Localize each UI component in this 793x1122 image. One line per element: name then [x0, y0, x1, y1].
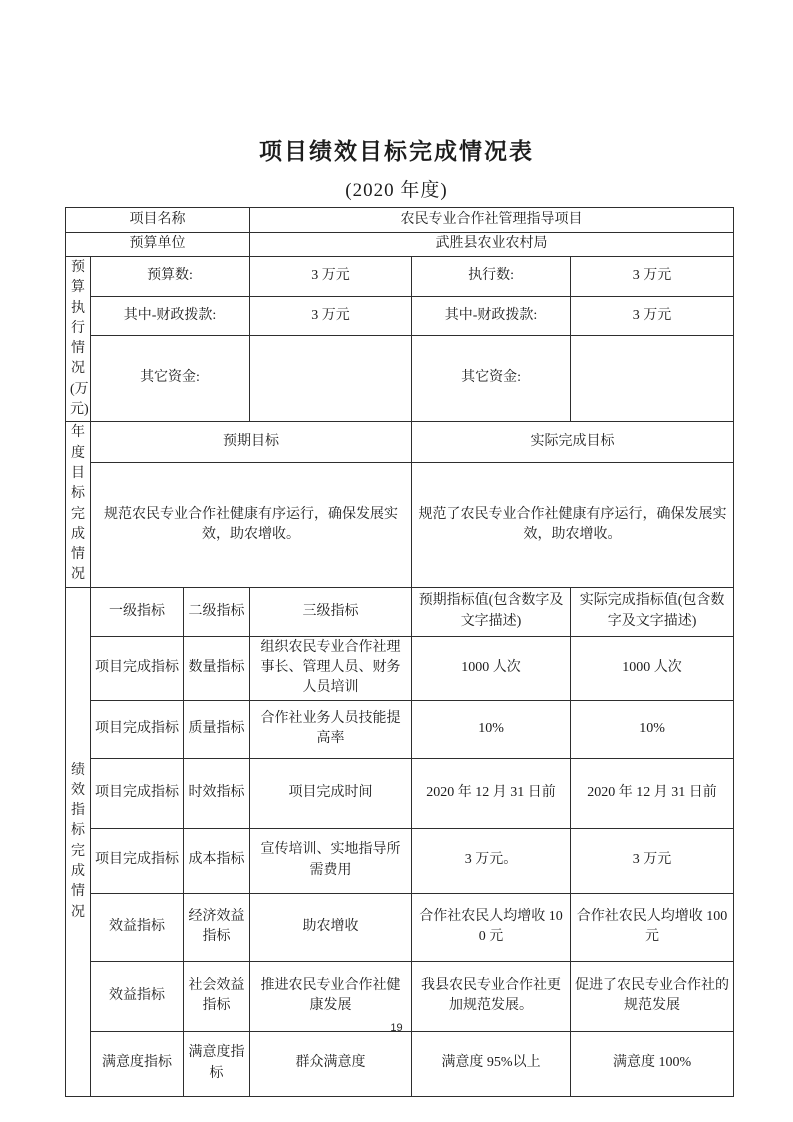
- indicator-level3: 宣传培训、实地指导所需费用: [250, 828, 412, 893]
- indicator-expected-value: 3 万元。: [412, 828, 571, 893]
- fiscal-appropriation-label-left: 其中-财政拨款:: [91, 297, 250, 336]
- fiscal-appropriation-value-right: 3 万元: [571, 297, 734, 336]
- table-row-budget-unit: 预算单位 武胜县农业农村局: [66, 233, 734, 257]
- indicator-level1: 效益指标: [91, 893, 184, 961]
- project-name-label: 项目名称: [66, 208, 250, 233]
- budget-amount-label: 预算数:: [91, 257, 250, 297]
- table-row-goal-texts: 规范农民专业合作社健康有序运行，确保发展实效，助农增收。 规范了农民专业合作社健…: [66, 463, 734, 587]
- indicator-expected-value: 2020 年 12 月 31 日前: [412, 758, 571, 828]
- indicator-level3: 项目完成时间: [250, 758, 412, 828]
- other-funds-value-left: [250, 335, 412, 422]
- table-row-indicator-social: 效益指标 社会效益指标 推进农民专业合作社健康发展 我县农民专业合作社更加规范发…: [66, 961, 734, 1031]
- actual-goal-text: 规范了农民专业合作社健康有序运行，确保发展实效，助农增收。: [412, 463, 734, 587]
- table-row-indicator-quality: 项目完成指标 质量指标 合作社业务人员技能提高率 10% 10%: [66, 700, 734, 758]
- indicator-actual-value: 促进了农民专业合作社的规范发展: [571, 961, 734, 1031]
- table-row-indicator-economic: 效益指标 经济效益指标 助农增收 合作社农民人均增收 100 元 合作社农民人均…: [66, 893, 734, 961]
- budget-unit-label: 预算单位: [66, 233, 250, 257]
- indicator-level1: 项目完成指标: [91, 758, 184, 828]
- indicator-level1: 项目完成指标: [91, 828, 184, 893]
- indicator-level2: 质量指标: [184, 700, 250, 758]
- budget-unit-value: 武胜县农业农村局: [250, 233, 734, 257]
- table-row-indicator-satisfaction: 满意度指标 满意度指标 群众满意度 满意度 95%以上 满意度 100%: [66, 1031, 734, 1096]
- annual-goal-sidebar: 年度 目标 完成 情况: [66, 422, 91, 587]
- table-row-goal-headers: 年度 目标 完成 情况 预期目标 实际完成目标: [66, 422, 734, 463]
- execution-amount-value: 3 万元: [571, 257, 734, 297]
- indicator-expected-value: 10%: [412, 700, 571, 758]
- performance-report-table: 项目名称 农民专业合作社管理指导项目 预算单位 武胜县农业农村局 预算 执行 情…: [65, 207, 734, 1097]
- indicator-actual-value: 10%: [571, 700, 734, 758]
- execution-amount-label: 执行数:: [412, 257, 571, 297]
- budget-execution-sidebar: 预算 执行 情况 (万 元): [66, 257, 91, 422]
- indicator-actual-value: 3 万元: [571, 828, 734, 893]
- indicator-actual-value: 满意度 100%: [571, 1031, 734, 1096]
- budget-amount-value: 3 万元: [250, 257, 412, 297]
- table-row-indicator-quantity: 项目完成指标 数量指标 组织农民专业合作社理事长、管理人员、财务人员培训 100…: [66, 636, 734, 700]
- indicator-level3: 群众满意度: [250, 1031, 412, 1096]
- indicator-level2: 数量指标: [184, 636, 250, 700]
- indicator-level2: 社会效益指标: [184, 961, 250, 1031]
- indicator-level1: 效益指标: [91, 961, 184, 1031]
- indicator-level2: 成本指标: [184, 828, 250, 893]
- indicators-sidebar: 绩 效 指 标 完 成 情 况: [66, 587, 91, 1096]
- indicator-header-actual: 实际完成指标值(包含数字及文字描述): [571, 587, 734, 636]
- expected-goal-text: 规范农民专业合作社健康有序运行，确保发展实效，助农增收。: [91, 463, 412, 587]
- indicator-level1: 项目完成指标: [91, 700, 184, 758]
- indicator-expected-value: 满意度 95%以上: [412, 1031, 571, 1096]
- indicator-level2: 经济效益指标: [184, 893, 250, 961]
- document-page: 项目绩效目标完成情况表 (2020 年度) 项目名称 农民专业合作社管理指导项目…: [0, 0, 793, 1122]
- project-name-value: 农民专业合作社管理指导项目: [250, 208, 734, 233]
- actual-goal-header: 实际完成目标: [412, 422, 734, 463]
- table-row-fiscal-appropriation: 其中-财政拨款: 3 万元 其中-财政拨款: 3 万元: [66, 297, 734, 336]
- expected-goal-header: 预期目标: [91, 422, 412, 463]
- indicator-level3: 合作社业务人员技能提高率: [250, 700, 412, 758]
- fiscal-appropriation-label-right: 其中-财政拨款:: [412, 297, 571, 336]
- other-funds-label-right: 其它资金:: [412, 335, 571, 422]
- indicator-actual-value: 合作社农民人均增收 100 元: [571, 893, 734, 961]
- indicator-expected-value: 合作社农民人均增收 100 元: [412, 893, 571, 961]
- indicator-header-level3: 三级指标: [250, 587, 412, 636]
- indicator-expected-value: 我县农民专业合作社更加规范发展。: [412, 961, 571, 1031]
- table-row-budget-amount: 预算 执行 情况 (万 元) 预算数: 3 万元 执行数: 3 万元: [66, 257, 734, 297]
- table-row-other-funds: 其它资金: 其它资金:: [66, 335, 734, 422]
- table-row-indicator-timeliness: 项目完成指标 时效指标 项目完成时间 2020 年 12 月 31 日前 202…: [66, 758, 734, 828]
- indicator-level3: 推进农民专业合作社健康发展: [250, 961, 412, 1031]
- page-title: 项目绩效目标完成情况表: [0, 133, 793, 166]
- table-row-indicator-headers: 绩 效 指 标 完 成 情 况 一级指标 二级指标 三级指标 预期指标值(包含数…: [66, 587, 734, 636]
- indicator-level1: 项目完成指标: [91, 636, 184, 700]
- other-funds-label-left: 其它资金:: [91, 335, 250, 422]
- indicator-level2: 时效指标: [184, 758, 250, 828]
- table-row-project-name: 项目名称 农民专业合作社管理指导项目: [66, 208, 734, 233]
- indicator-header-expected: 预期指标值(包含数字及文字描述): [412, 587, 571, 636]
- indicator-level3: 助农增收: [250, 893, 412, 961]
- other-funds-value-right: [571, 335, 734, 422]
- fiscal-appropriation-value-left: 3 万元: [250, 297, 412, 336]
- page-number: 19: [0, 1022, 793, 1034]
- indicator-actual-value: 2020 年 12 月 31 日前: [571, 758, 734, 828]
- indicator-header-level2: 二级指标: [184, 587, 250, 636]
- indicator-header-level1: 一级指标: [91, 587, 184, 636]
- indicator-level2: 满意度指标: [184, 1031, 250, 1096]
- page-subtitle: (2020 年度): [0, 175, 793, 202]
- indicator-level3: 组织农民专业合作社理事长、管理人员、财务人员培训: [250, 636, 412, 700]
- table-row-indicator-cost: 项目完成指标 成本指标 宣传培训、实地指导所需费用 3 万元。 3 万元: [66, 828, 734, 893]
- indicator-expected-value: 1000 人次: [412, 636, 571, 700]
- indicator-actual-value: 1000 人次: [571, 636, 734, 700]
- indicator-level1: 满意度指标: [91, 1031, 184, 1096]
